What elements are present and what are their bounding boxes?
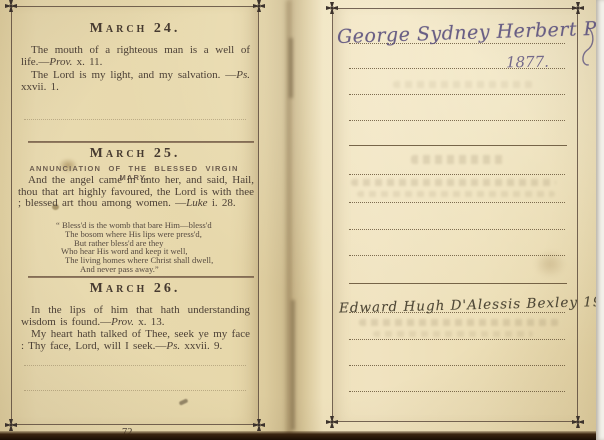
scripture-paragraph: My heart hath talked of Thee, seek ye my…: [21, 329, 250, 352]
scripture-source: Ps.: [236, 69, 250, 81]
write-in-line: [349, 120, 565, 121]
gutter-crease-segment: [291, 300, 295, 430]
scripture-source: Luke: [186, 197, 207, 209]
scripture-paragraph: The mouth of a righteous man is a well o…: [21, 45, 250, 68]
page-gutter-crease: [286, 0, 291, 440]
scripture-cite: i. 28.: [208, 197, 236, 209]
scripture-cite: x. 11.: [72, 56, 102, 68]
maltese-cross-icon: [5, 0, 17, 12]
section-divider: [28, 141, 254, 143]
march-26-heading: March 26.: [12, 281, 258, 297]
date-divider-line: [349, 283, 567, 284]
write-in-line: [349, 229, 565, 230]
scripture-paragraph: And the angel came in unto her, and said…: [18, 175, 254, 210]
right-page: George Sydney Herbert Philips 1877. Edwa…: [332, 8, 578, 422]
maltese-cross-icon: [253, 0, 265, 12]
write-in-line: [349, 255, 565, 256]
scan-edge-right: [596, 0, 604, 440]
showthrough-smudge: [359, 319, 559, 326]
write-in-line: [349, 174, 565, 175]
maltese-cross-icon: [572, 416, 584, 428]
showthrough-smudge: [373, 331, 533, 337]
write-in-line: [349, 391, 565, 392]
book-scan: 72 March 24. The mouth of a righteous ma…: [0, 0, 604, 440]
scan-edge-bottom: [0, 431, 604, 440]
scripture-cite: xxvii. 9.: [180, 340, 222, 352]
handwritten-entry: Edward Hugh D'Alessis Bexley 1902: [339, 294, 604, 317]
maltese-cross-icon: [326, 2, 338, 14]
scripture-cite: x. 13.: [134, 316, 165, 328]
write-in-line: [24, 365, 246, 366]
scripture-source: Prov.: [111, 316, 134, 328]
maltese-cross-icon: [326, 416, 338, 428]
scripture-cite: xxvii. 1.: [21, 81, 59, 93]
gutter-crease-segment: [289, 38, 293, 98]
left-page: March 24. The mouth of a righteous man i…: [11, 6, 259, 425]
showthrough-smudge: [357, 191, 555, 197]
maltese-cross-icon: [5, 419, 17, 431]
scripture-source: Prov.: [49, 56, 72, 68]
march-24-heading: March 24.: [12, 21, 258, 37]
verse-line: And never pass away.”: [56, 265, 213, 274]
date-divider-line: [349, 145, 567, 146]
write-in-line: [349, 339, 565, 340]
section-divider: [28, 276, 254, 278]
march-25-heading: March 25.: [12, 146, 258, 162]
handwritten-year: 1877.: [506, 53, 549, 72]
write-in-line: [349, 202, 565, 203]
scripture-source: Ps.: [166, 340, 180, 352]
maltese-cross-icon: [253, 419, 265, 431]
write-in-line: [24, 119, 246, 120]
showthrough-smudge: [351, 179, 556, 186]
scripture-paragraph: In the lips of him that hath understandi…: [21, 305, 250, 328]
scripture-paragraph: The Lord is my light, and my salvation. …: [21, 70, 250, 93]
hymn-verse: “ Bless'd is the womb that bare Him—bles…: [56, 221, 213, 274]
write-in-line: [349, 94, 565, 95]
write-in-line: [349, 365, 565, 366]
showthrough-smudge: [393, 81, 533, 88]
write-in-line: [24, 390, 246, 391]
scripture-text: The Lord is my light, and my salvation. …: [31, 69, 236, 81]
showthrough-smudge: [411, 155, 507, 164]
maltese-cross-icon: [572, 2, 584, 14]
